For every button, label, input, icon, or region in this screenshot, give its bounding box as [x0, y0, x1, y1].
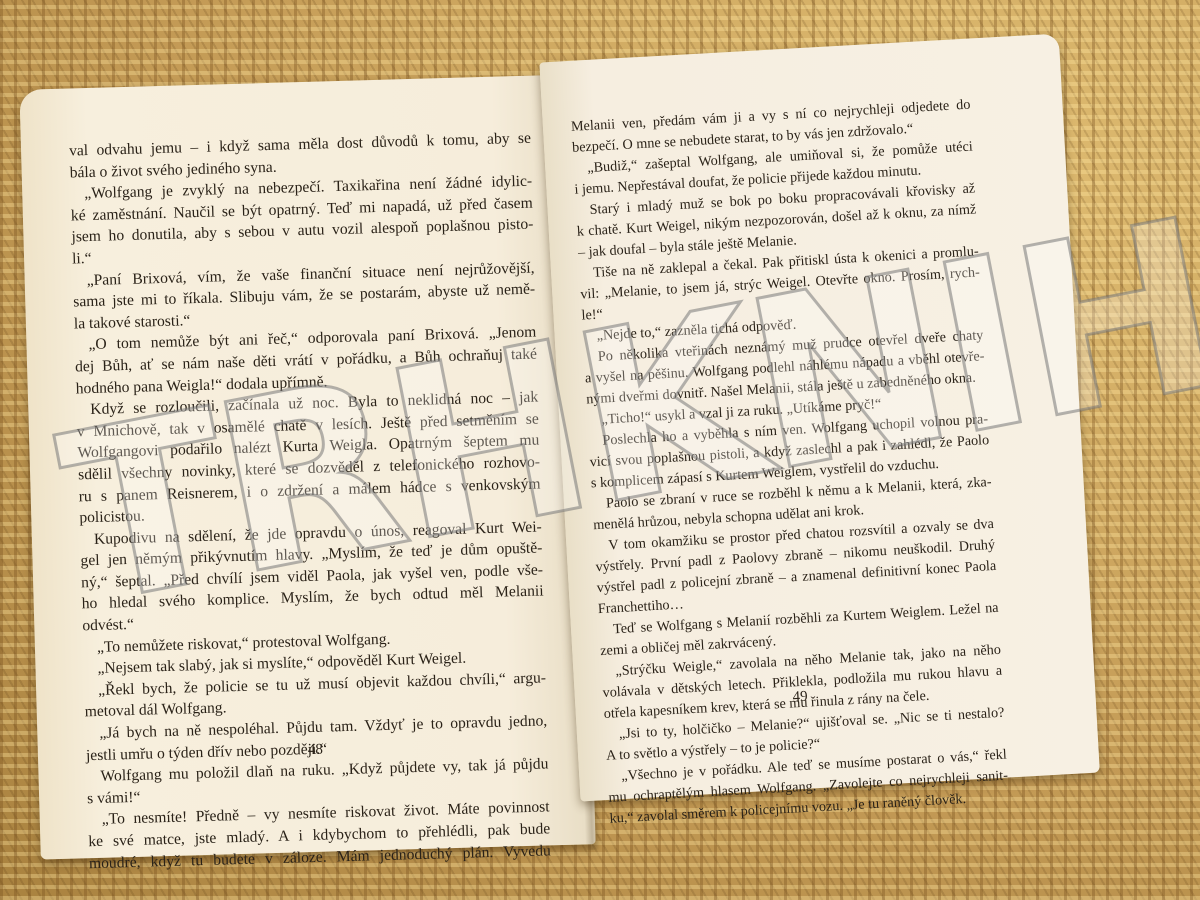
right-page: Melanii ven, předám vám ji a vy s ní co …	[539, 34, 1099, 802]
right-page-text: Melanii ven, předám vám ji a vy s ní co …	[570, 95, 1009, 830]
left-page: val odvahu jemu – i když sama měla dost …	[19, 74, 595, 859]
